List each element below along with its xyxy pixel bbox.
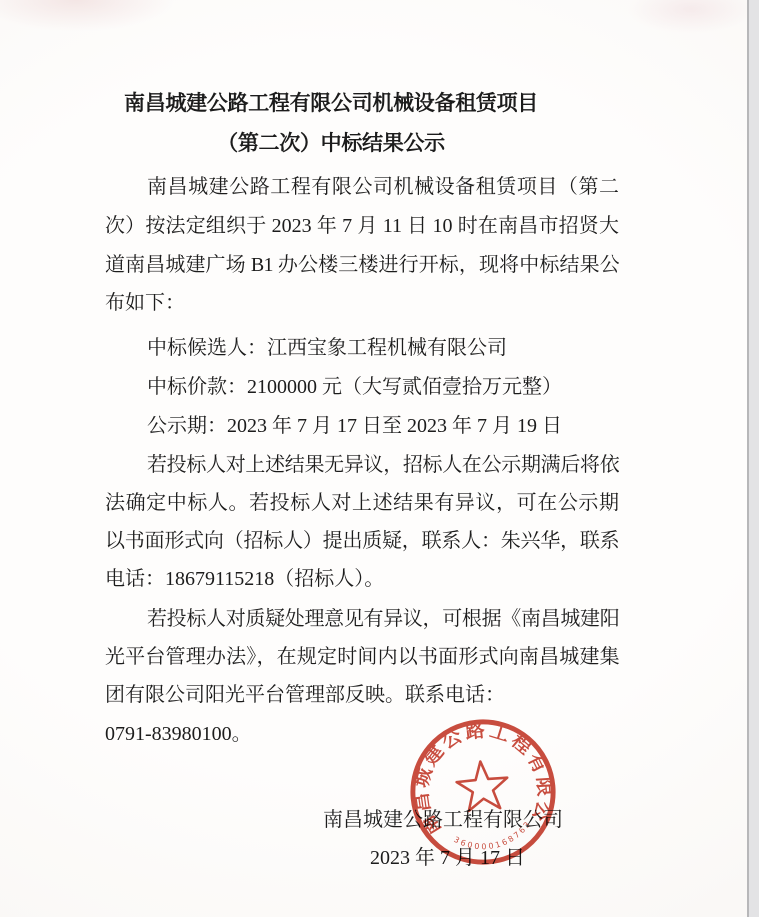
publicity-period-line: 公示期：2023 年 7 月 17 日至 2023 年 7 月 19 日 [105, 413, 619, 439]
doc-title-line2: （第二次）中标结果公示 [74, 130, 588, 157]
para3-line2: 光平台管理办法》，在规定时间内以书面形式向南昌城建集 [105, 644, 619, 671]
doc-title-line1: 南昌城建公路工程有限公司机械设备租赁项目 [74, 90, 588, 117]
bid-winner-line: 中标候选人：江西宝象工程机械有限公司 [105, 335, 619, 361]
para3-line1: 若投标人对质疑处理意见有异议，可根据《南昌城建阳 [105, 606, 619, 633]
para2-line3: 以书面形式向（招标人）提出质疑，联系人：朱兴华，联系 [105, 528, 619, 555]
para2-line2: 法确定中标人。若投标人对上述结果有异议，可在公示期内， [105, 490, 619, 517]
para1-line3: 道南昌城建广场 B1 办公楼三楼进行开标，现将中标结果公 [105, 252, 619, 279]
bid-price-line: 中标价款：2100000 元（大写贰佰壹拾万元整） [105, 374, 619, 400]
scanned-document-page: 南昌城建公路工程有限公司机械设备租赁项目 （第二次）中标结果公示 南昌城建公路工… [0, 0, 759, 917]
para3-line3: 团有限公司阳光平台管理部反映。联系电话： [105, 682, 619, 708]
scanner-edge-band [747, 0, 759, 917]
company-seal: 南昌城建公路工程有限公司 360000168763 [397, 706, 568, 877]
para2-line4: 电话：18679115218（招标人）。 [105, 566, 619, 592]
seal-star [455, 759, 510, 811]
para1-line4: 布如下： [105, 290, 619, 316]
company-seal-graphic: 南昌城建公路工程有限公司 360000168763 [397, 706, 568, 877]
para2-line1: 若投标人对上述结果无异议，招标人在公示期满后将依 [105, 452, 619, 479]
para1-line2: 次）按法定组织于 2023 年 7 月 11 日 10 时在南昌市招贤大 [105, 213, 619, 240]
para1-line1: 南昌城建公路工程有限公司机械设备租赁项目（第二 [105, 174, 619, 201]
